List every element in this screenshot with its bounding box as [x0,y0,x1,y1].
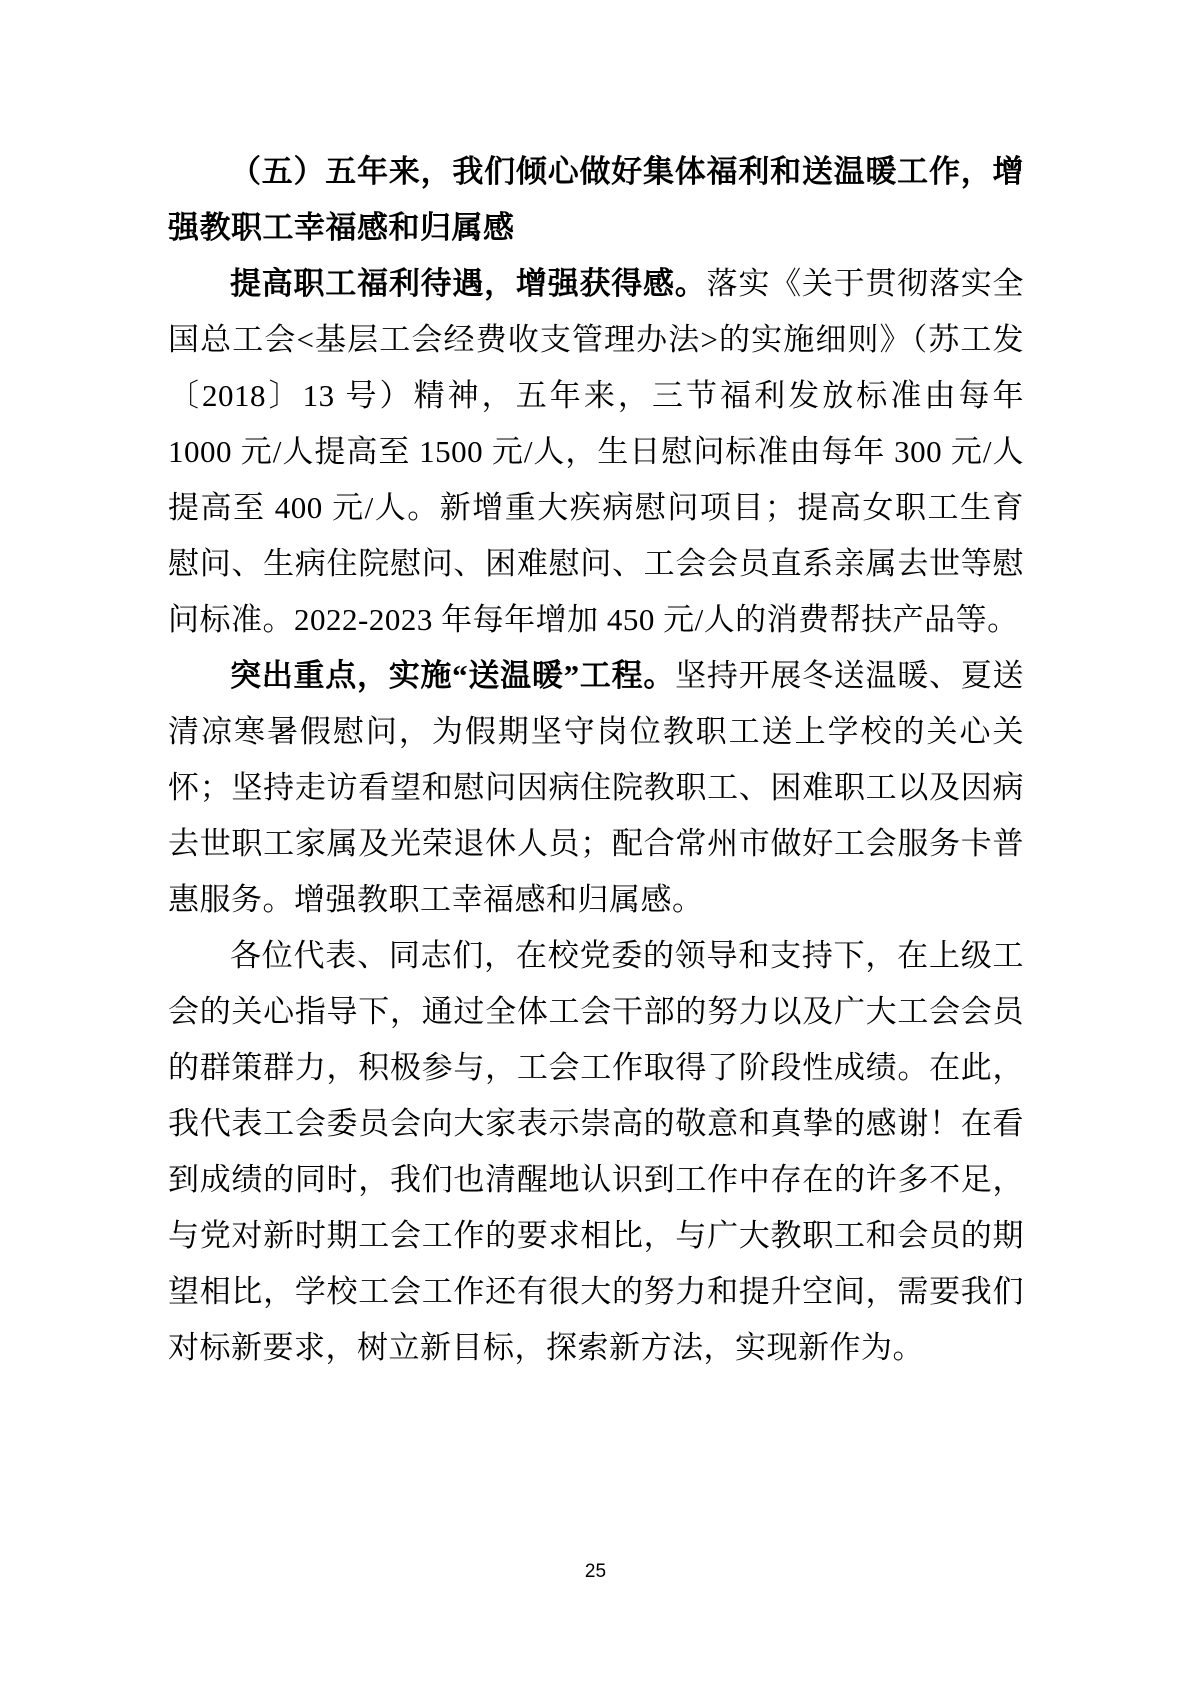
paragraph-text: 各位代表、同志们，在校党委的领导和支持下，在上级工会的关心指导下，通过全体工会干… [168,938,1024,1365]
paragraph-lead: 突出重点，实施“送温暖”工程。 [230,658,675,693]
page-number: 25 [585,1561,606,1582]
paragraph-lead: 提高职工福利待遇，增强获得感。 [230,266,707,301]
document-body: （五）五年来，我们倾心做好集体福利和送温暖工作，增强教职工幸福感和归属感 提高职… [168,144,1024,1376]
document-page: （五）五年来，我们倾心做好集体福利和送温暖工作，增强教职工幸福感和归属感 提高职… [0,0,1191,1684]
section-heading: （五）五年来，我们倾心做好集体福利和送温暖工作，增强教职工幸福感和归属感 [168,144,1024,256]
page-footer: 25 [0,1560,1191,1584]
paragraph-songwennuan-project: 突出重点，实施“送温暖”工程。坚持开展冬送温暖、夏送清凉寒暑假慰问，为假期坚守岗… [168,648,1024,928]
paragraph-text: 坚持开展冬送温暖、夏送清凉寒暑假慰问，为假期坚守岗位教职工送上学校的关心关怀；坚… [168,658,1024,917]
paragraph-welfare-standards: 提高职工福利待遇，增强获得感。落实《关于贯彻落实全国总工会<基层工会经费收支管理… [168,256,1024,648]
paragraph-text: 落实《关于贯彻落实全国总工会<基层工会经费收支管理办法>的实施细则》（苏工发〔2… [168,266,1024,637]
paragraph-closing-remarks: 各位代表、同志们，在校党委的领导和支持下，在上级工会的关心指导下，通过全体工会干… [168,928,1024,1376]
